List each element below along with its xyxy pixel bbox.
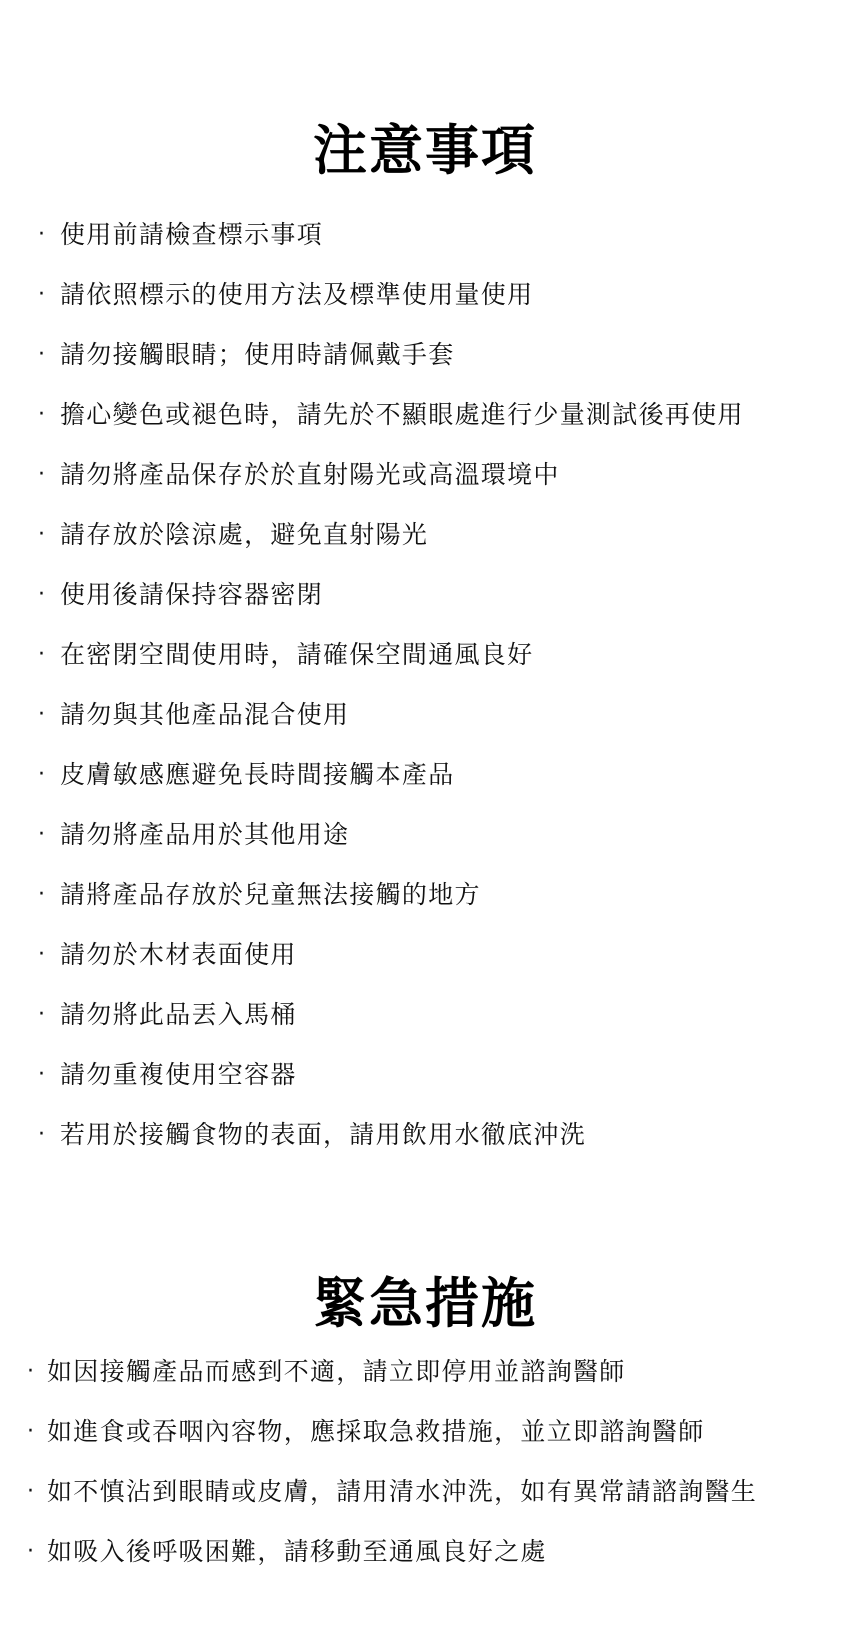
emergency-item-text: 如因接觸產品而感到不適，請立即停用並諮詢醫師 [47, 1342, 626, 1402]
notes-item-text: 請勿接觸眼睛；使用時請佩戴手套 [60, 325, 455, 385]
emergency-item: ·如吸入後呼吸困難，請移動至通風良好之處 [27, 1522, 757, 1582]
bullet-icon: · [38, 325, 60, 385]
bullet-icon: · [38, 445, 60, 505]
notes-item-text: 請依照標示的使用方法及標準使用量使用 [60, 265, 533, 325]
bullet-icon: · [27, 1462, 47, 1522]
bullet-icon: · [38, 1105, 60, 1165]
notes-item: ·請存放於陰涼處，避免直射陽光 [38, 505, 744, 565]
bullet-icon: · [38, 265, 60, 325]
bullet-icon: · [38, 385, 60, 445]
bullet-icon: · [38, 685, 60, 745]
notes-item-text: 請存放於陰涼處，避免直射陽光 [60, 505, 428, 565]
notes-item-text: 請勿於木材表面使用 [60, 925, 297, 985]
notes-item: ·請勿於木材表面使用 [38, 925, 744, 985]
emergency-item-text: 如不慎沾到眼睛或皮膚，請用清水沖洗，如有異常請諮詢醫生 [47, 1462, 757, 1522]
notes-item: ·使用前請檢查標示事項 [38, 205, 744, 265]
emergency-item-text: 如吸入後呼吸困難，請移動至通風良好之處 [47, 1522, 547, 1582]
notes-item-text: 請勿將此品丟入馬桶 [60, 985, 297, 1045]
bullet-icon: · [38, 805, 60, 865]
notes-item-text: 請將產品存放於兒童無法接觸的地方 [60, 865, 481, 925]
notes-item: ·擔心變色或褪色時，請先於不顯眼處進行少量測試後再使用 [38, 385, 744, 445]
bullet-icon: · [38, 925, 60, 985]
notes-item-text: 使用後請保持容器密閉 [60, 565, 323, 625]
notes-item: ·請勿將產品保存於於直射陽光或高溫環境中 [38, 445, 744, 505]
notes-item-text: 皮膚敏感應避免長時間接觸本產品 [60, 745, 455, 805]
emergency-item-text: 如進食或吞咽內容物，應採取急救措施，並立即諮詢醫師 [47, 1402, 705, 1462]
emergency-item: ·如因接觸產品而感到不適，請立即停用並諮詢醫師 [27, 1342, 757, 1402]
notes-item: ·請依照標示的使用方法及標準使用量使用 [38, 265, 744, 325]
notes-item-text: 請勿與其他產品混合使用 [60, 685, 349, 745]
bullet-icon: · [38, 1045, 60, 1105]
bullet-icon: · [38, 205, 60, 265]
notes-item: ·皮膚敏感應避免長時間接觸本產品 [38, 745, 744, 805]
notes-item: ·請勿將產品用於其他用途 [38, 805, 744, 865]
bullet-icon: · [27, 1342, 47, 1402]
emergency-title: 緊急措施 [0, 1274, 850, 1334]
bullet-icon: · [38, 865, 60, 925]
emergency-item: ·如不慎沾到眼睛或皮膚，請用清水沖洗，如有異常請諮詢醫生 [27, 1462, 757, 1522]
notes-item-text: 請勿將產品保存於於直射陽光或高溫環境中 [60, 445, 560, 505]
bullet-icon: · [27, 1522, 47, 1582]
emergency-list: ·如因接觸產品而感到不適，請立即停用並諮詢醫師 ·如進食或吞咽內容物，應採取急救… [27, 1342, 757, 1582]
bullet-icon: · [38, 985, 60, 1045]
notes-item-text: 請勿將產品用於其他用途 [60, 805, 349, 865]
notes-item: ·請勿與其他產品混合使用 [38, 685, 744, 745]
bullet-icon: · [38, 505, 60, 565]
notes-item: ·請勿重複使用空容器 [38, 1045, 744, 1105]
notes-item-text: 請勿重複使用空容器 [60, 1045, 297, 1105]
notes-item: ·使用後請保持容器密閉 [38, 565, 744, 625]
bullet-icon: · [38, 625, 60, 685]
notes-item-text: 若用於接觸食物的表面，請用飲用水徹底沖洗 [60, 1105, 586, 1165]
notes-item: ·在密閉空間使用時，請確保空間通風良好 [38, 625, 744, 685]
notes-item: ·請勿將此品丟入馬桶 [38, 985, 744, 1045]
notes-list: ·使用前請檢查標示事項 ·請依照標示的使用方法及標準使用量使用 ·請勿接觸眼睛；… [38, 205, 744, 1165]
notes-item: ·若用於接觸食物的表面，請用飲用水徹底沖洗 [38, 1105, 744, 1165]
notes-item-text: 擔心變色或褪色時，請先於不顯眼處進行少量測試後再使用 [60, 385, 744, 445]
notes-item-text: 使用前請檢查標示事項 [60, 205, 323, 265]
notes-title: 注意事項 [0, 121, 850, 181]
bullet-icon: · [27, 1402, 47, 1462]
bullet-icon: · [38, 565, 60, 625]
notes-item: ·請勿接觸眼睛；使用時請佩戴手套 [38, 325, 744, 385]
emergency-item: ·如進食或吞咽內容物，應採取急救措施，並立即諮詢醫師 [27, 1402, 757, 1462]
bullet-icon: · [38, 745, 60, 805]
notes-item-text: 在密閉空間使用時，請確保空間通風良好 [60, 625, 533, 685]
notes-item: ·請將產品存放於兒童無法接觸的地方 [38, 865, 744, 925]
